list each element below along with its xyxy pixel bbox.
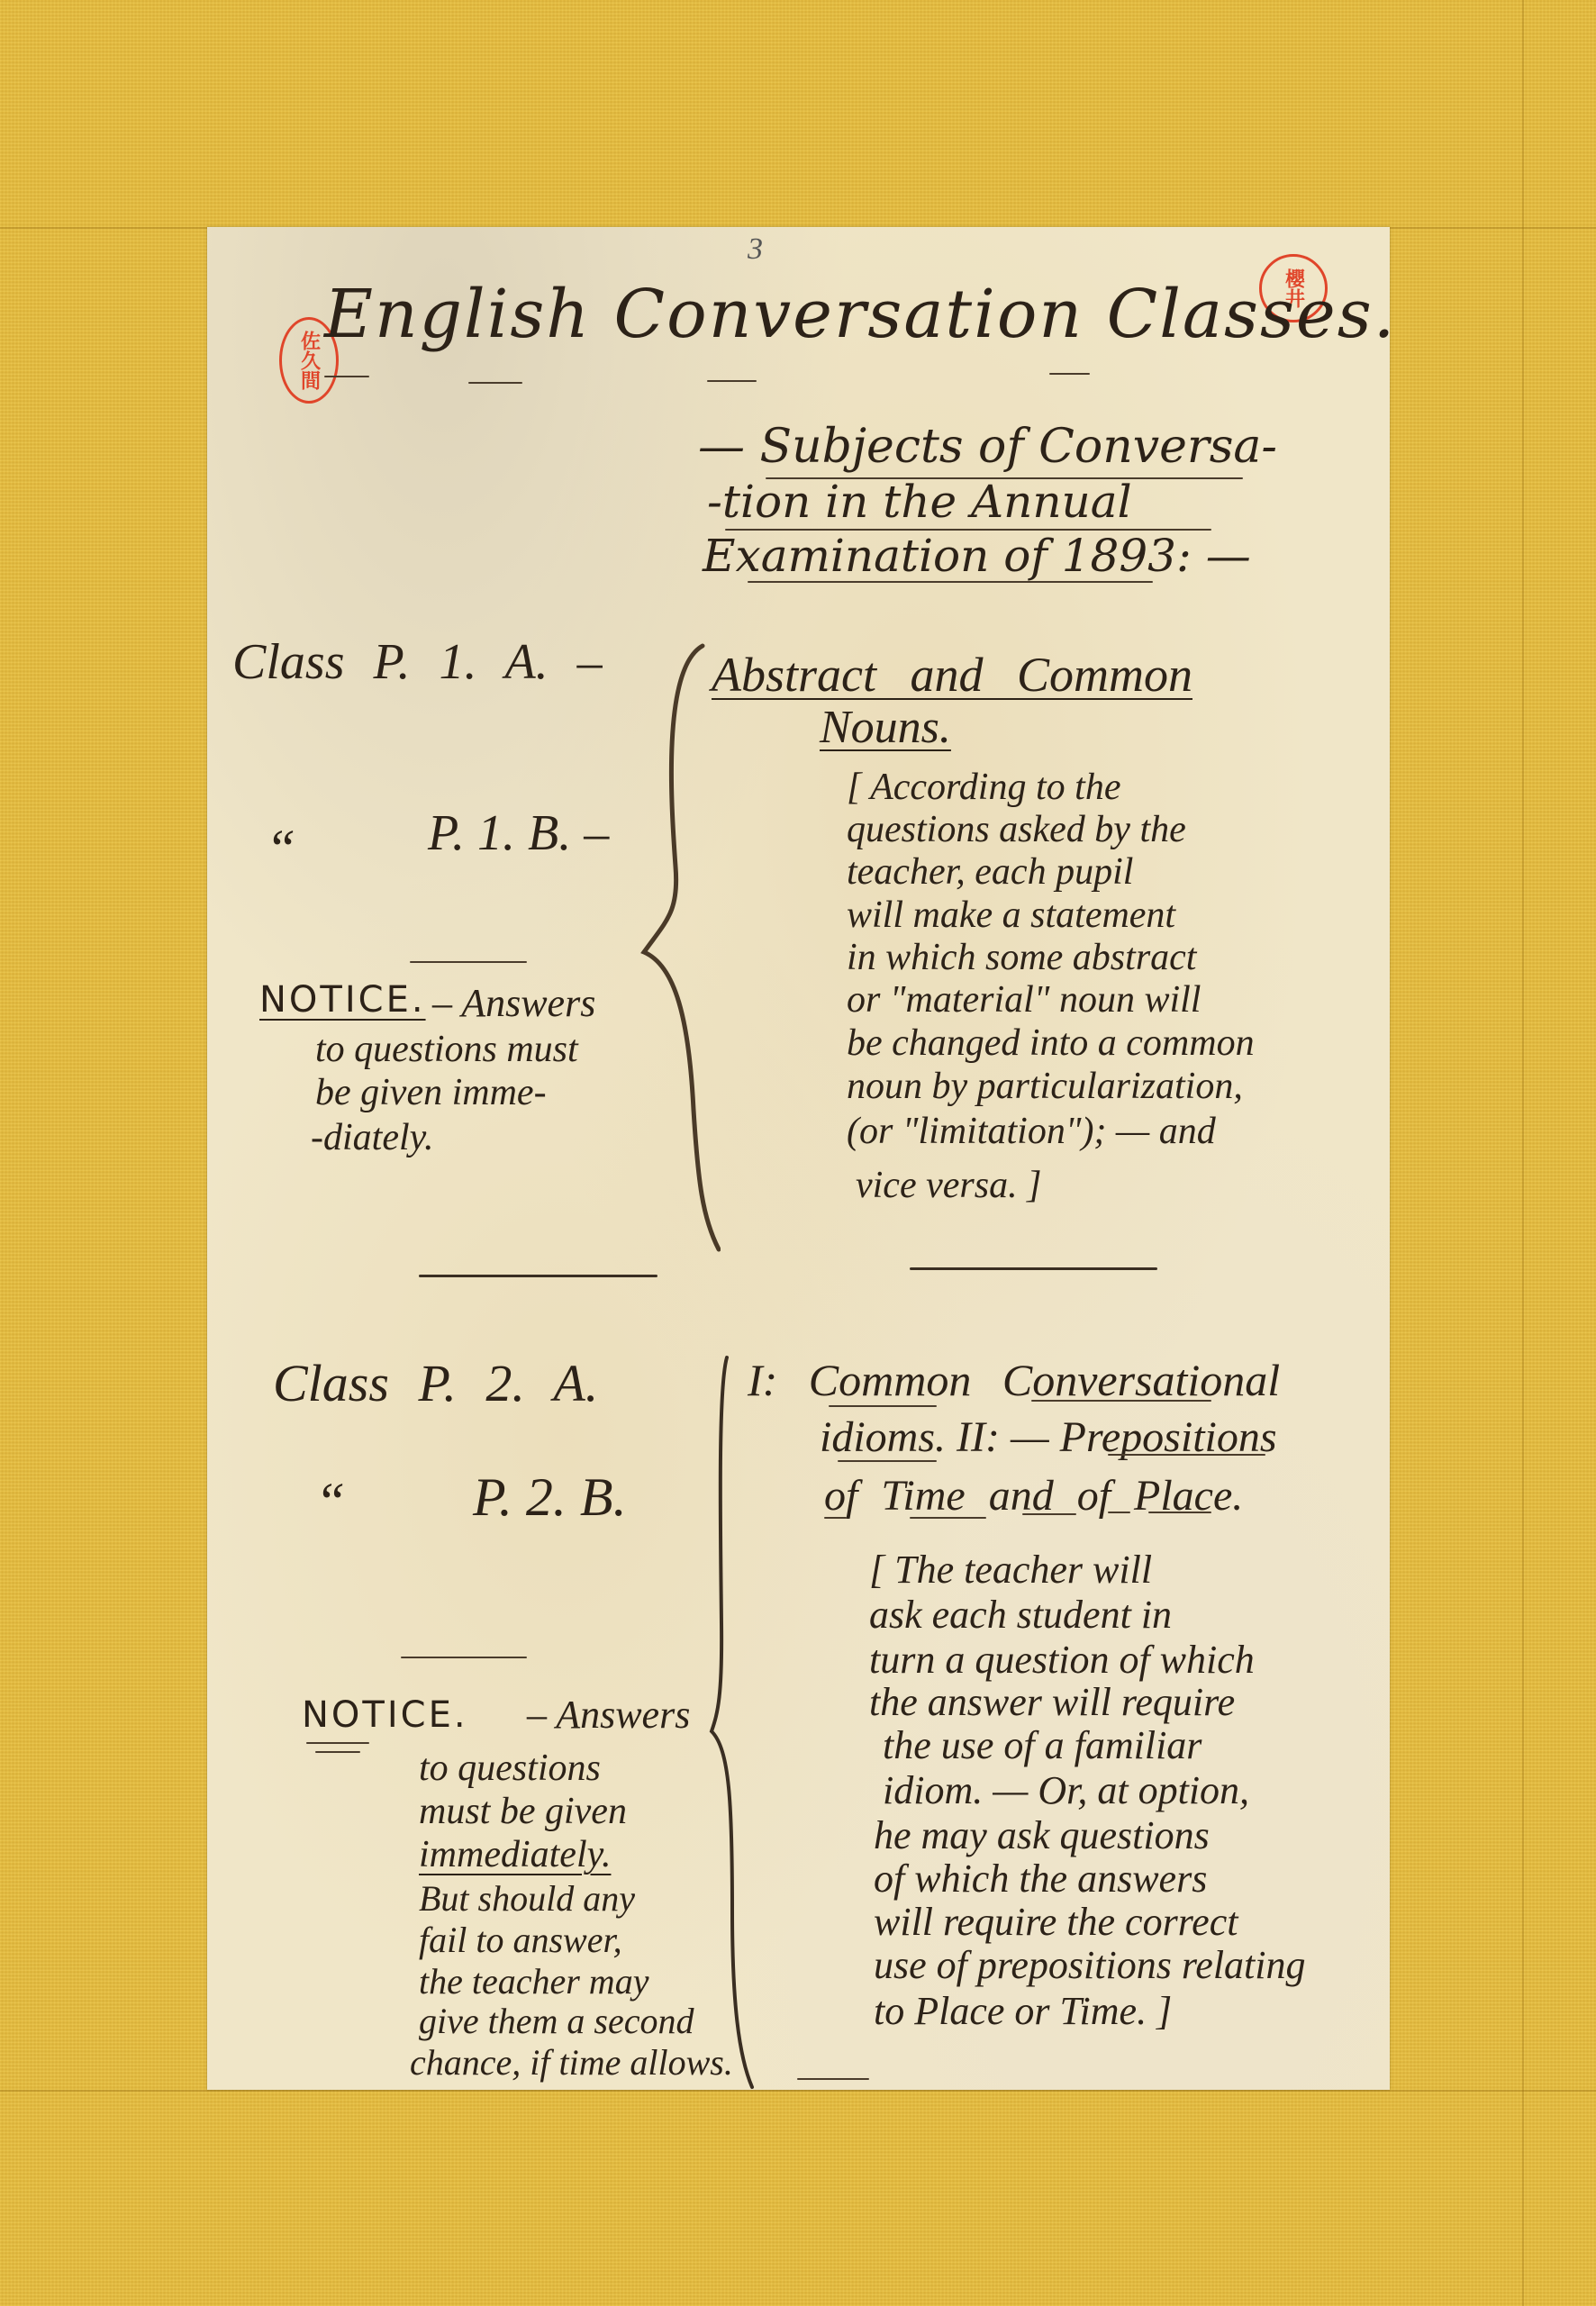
page-number: 3 [748,234,763,265]
section1-notice-label: NOTICE. [259,982,426,1018]
section2-instruction-line: to Place or Time. ] [874,1988,1172,2034]
subject-underline [1031,1400,1211,1402]
section2-subject-line-2: idioms. II: — Prepositions [820,1416,1277,1459]
subject-underline [1148,1512,1211,1513]
ditto-mark: “ [266,822,295,876]
section1-instruction-line: [ According to the [847,766,1120,809]
curly-brace-icon [707,1353,761,2092]
title-flourish [324,376,369,377]
section-divider [910,1267,1157,1270]
section1-instruction-line: teacher, each pupil [847,850,1133,894]
subject-underline [824,1517,847,1519]
section2-notice-line: the teacher may [419,1964,648,2000]
manuscript-page: 3 佐久間 櫻井 English Conversation Classes. —… [207,227,1390,2090]
title-flourish [1049,373,1090,375]
closing-flourish [797,2078,869,2080]
curly-brace-icon [639,641,721,1254]
section1-notice-line: to questions must [315,1030,578,1068]
section2-instruction-line: the answer will require [869,1679,1235,1725]
section2-notice-line: must be given [419,1793,627,1830]
section2-notice-label: NOTICE. [302,1697,468,1733]
subtitle-underline [748,581,1153,583]
class-p1a-label: Class P. 1. A. – [232,637,603,687]
section2-instruction-line: turn a question of which [869,1637,1255,1683]
section1-instruction-line: be changed into a common [847,1021,1255,1065]
subtitle-line-3: Examination of 1893: — [703,533,1251,578]
section-divider [419,1275,657,1277]
subject-underline [910,1517,986,1519]
class-p2a-label: Class P. 2. A. [273,1357,598,1410]
section1-instruction-line: (or "limitation"); — and [847,1110,1216,1153]
subject-underline [829,1405,937,1407]
section2-subject-line-1: I: Common Conversational [748,1357,1280,1403]
subtitle-underline [725,529,1211,531]
subject-underline [1108,1454,1265,1456]
section1-notice-line: – Answers [432,984,595,1023]
section2-instruction-line: of which the answers [874,1856,1207,1902]
notice-underline [315,1751,360,1753]
document-title: English Conversation Classes. [324,281,1396,348]
section2-notice-line: But should any [419,1881,635,1917]
subject-underline [838,1460,937,1462]
notice-underline [306,1742,369,1744]
section1-notice-line: -diately. [311,1119,433,1157]
section1-instruction-line: noun by particularization, [847,1065,1243,1108]
subject-underline [1108,1512,1130,1513]
section2-instruction-line: he may ask questions [874,1812,1210,1858]
section2-notice-top-rule [401,1657,527,1658]
section1-instruction-line: will make a statement [847,894,1175,937]
subtitle-underline [766,477,1243,479]
section2-instruction-line: [ The teacher will [869,1547,1152,1593]
section1-notice-top-rule [410,961,527,963]
section1-instruction-line: questions asked by the [847,808,1186,851]
subtitle-line-2: -tion in the Annual [707,479,1132,524]
class-p1b-label: P. 1. B. – [428,808,609,858]
subtitle-line-1: — Subjects of Conversa- [698,423,1277,470]
section2-instruction-line: use of prepositions relating [874,1942,1306,1988]
class-p2b-label: P. 2. B. [473,1470,627,1524]
section2-notice-line: chance, if time allows. [410,2045,733,2081]
section2-instruction-line: will require the correct [874,1899,1238,1945]
section2-instruction-line: idiom. — Or, at option, [883,1767,1249,1813]
section1-subject-line-2: Nouns. [820,704,951,751]
section1-instruction-line: or "material" noun will [847,978,1201,1021]
mount-seam [0,2090,1596,2092]
mount-seam [1522,0,1524,2306]
section2-notice-line: immediately. [419,1836,611,1874]
section1-notice-line: be given imme- [315,1074,547,1112]
section2-instruction-line: the use of a familiar [883,1722,1202,1768]
title-flourish [707,380,757,382]
section2-notice-line: – Answers [527,1695,690,1735]
section2-notice-line: to questions [419,1749,601,1787]
title-flourish [468,382,522,384]
section1-subject-line-1: Abstract and Common [712,650,1192,699]
ditto-mark: “ [315,1475,345,1529]
section2-notice-line: fail to answer, [419,1922,622,1958]
subject-underline [1022,1513,1076,1515]
section2-notice-line: give them a second [419,2003,694,2039]
section1-instruction-line: vice versa. ] [856,1164,1041,1207]
section1-instruction-line: in which some abstract [847,936,1196,979]
section2-instruction-line: ask each student in [869,1592,1172,1638]
